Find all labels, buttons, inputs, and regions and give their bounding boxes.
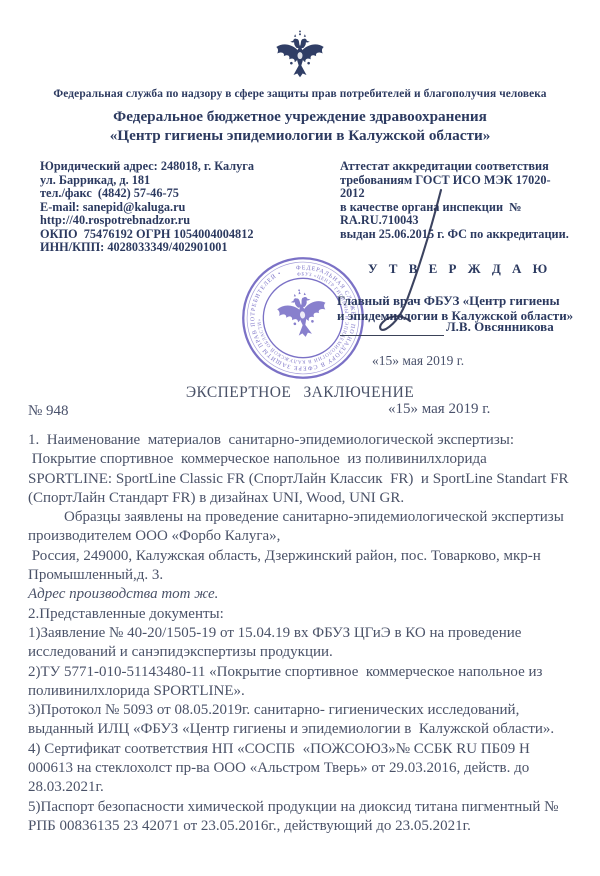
document-line: выданный ИЛЦ «ФБУЗ «Центр гигиены и эпид… [28,720,584,739]
agency-name: Федеральная служба по надзору в сфере за… [0,88,600,100]
organization-name-line1: Федеральное бюджетное учреждение здравоо… [0,108,600,126]
signer-name: Л.В. Овсянникова [446,319,554,334]
signature-row: Л.В. Овсянникова [340,318,570,336]
accreditation-line: требованиям ГОСТ ИСО МЭК 17020- [340,174,580,188]
document-line: исследований и санэпидэкспертизы продукц… [28,643,584,662]
document-line: 5)Паспорт безопасности химической продук… [28,798,584,817]
approval-date: «15» мая 2019 г. [372,353,464,369]
document-date: «15» мая 2019 г. [388,401,490,418]
accreditation-line: в качестве органа инспекции № [340,201,580,215]
document-line: РПБ 00836135 23 42071 от 23.05.2016г., д… [28,817,584,836]
document-line: 28.03.2021г. [28,778,584,797]
organization-name-line2: «Центр гигиены эпидемиологии в Калужской… [0,127,600,145]
document-line: 2.Представленные документы: [28,605,584,624]
contact-line: Юридический адрес: 248018, г. Калуга [40,160,330,174]
contact-line: http://40.rospotrebnadzor.ru [40,214,330,228]
contact-line: ул. Баррикад, д. 181 [40,174,330,188]
contact-line: тел./факс (4842) 57-46-75 [40,187,330,201]
accreditation-line: выдан 25.06.2015 г. ФС по аккредитации. [340,228,580,242]
document-line: Адрес производства тот же. [28,585,584,604]
document-line: 000613 на стеклохолст пр-ва ООО «Альстро… [28,759,584,778]
accreditation-block: Аттестат аккредитации соответствиятребов… [340,160,580,242]
legal-address-block: Юридический адрес: 248018, г. Калугаул. … [40,160,330,255]
document-line: производителем ООО «Форбо Калуга», [28,527,584,546]
document-line: 3)Протокол № 5093 от 08.05.2019г. санита… [28,701,584,720]
document-line: Образцы заявлены на проведение санитарно… [28,508,584,527]
document-line: SPORTLINE: SportLine Classic FR (СпортЛа… [28,470,584,489]
document-line: 1. Наименование материалов санитарно-эпи… [28,431,584,450]
accreditation-line: RA.RU.710043 [340,214,580,228]
document-line: 4) Сертификат соответствия НП «СОСПБ «ПО… [28,740,584,759]
document-line: Покрытие спортивное коммерческое напольн… [28,450,584,469]
contact-line: ОКПО 75476192 ОГРН 1054004004812 [40,228,330,242]
document-body: 1. Наименование материалов санитарно-эпи… [28,431,584,836]
accreditation-line: Аттестат аккредитации соответствия [340,160,580,174]
document-line: 1)Заявление № 40-20/1505-19 от 15.04.19 … [28,624,584,643]
document-title: ЭКСПЕРТНОЕ ЗАКЛЮЧЕНИЕ [0,384,600,402]
document-number: № 948 [28,403,69,420]
approve-label: У Т В Е Р Ж Д А Ю [368,261,551,277]
approver-title-line1: Главный врач ФБУЗ «Центр гигиены [337,293,560,309]
signature-line [340,322,444,336]
stamp-eagle-icon [275,286,330,340]
document-line: 2)ТУ 5771-010-51143480-11 «Покрытие спор… [28,663,584,682]
contact-line: E-mail: sanepid@kaluga.ru [40,201,330,215]
state-emblem-eagle-icon [273,28,327,80]
document-line: Промышленный,д. 3. [28,566,584,585]
document-line: (СпортЛайн Стандарт FR) в дизайнах UNI, … [28,489,584,508]
accreditation-line: 2012 [340,187,580,201]
document-line: Россия, 249000, Калужская область, Дзерж… [28,547,584,566]
document-page: Федеральная служба по надзору в сфере за… [0,0,600,876]
document-line: поливинилхлорида SPORTLINE». [28,682,584,701]
